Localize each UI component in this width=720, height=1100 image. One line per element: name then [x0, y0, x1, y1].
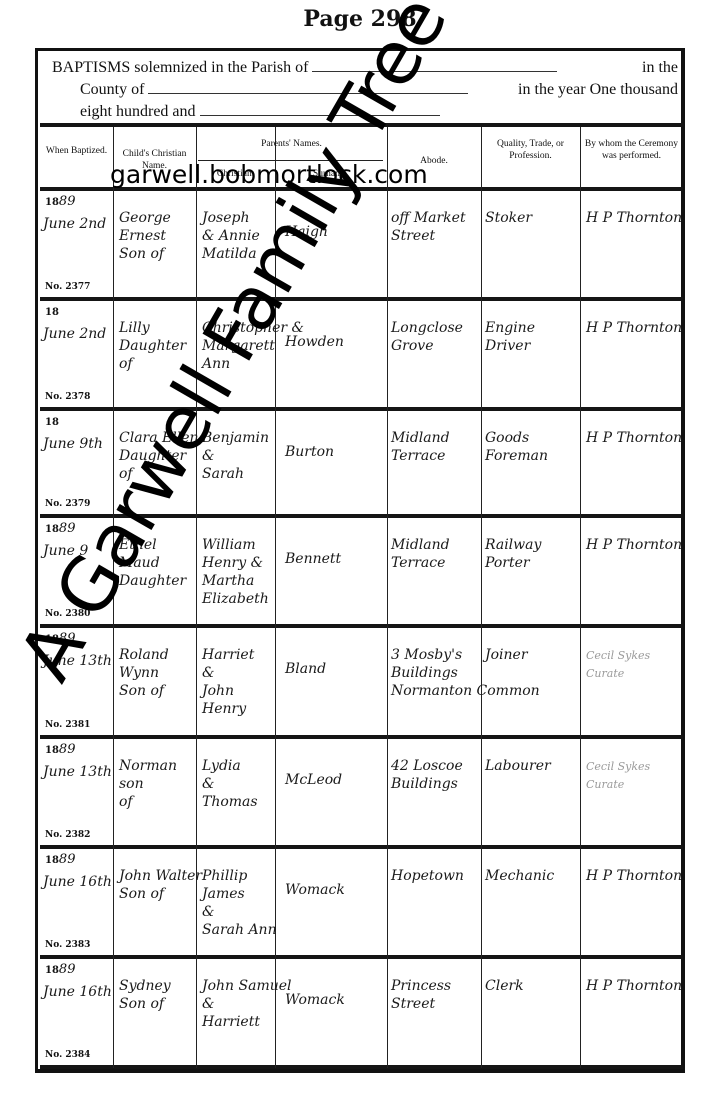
entry-child-name: Son of: [119, 246, 164, 263]
entry-parents-christian: Elizabeth: [202, 591, 269, 608]
entry-quality: Foreman: [485, 448, 548, 465]
entry-child-name: George: [119, 210, 171, 227]
entry-officiant: Cecil Sykes: [586, 647, 650, 664]
entry-parents-christian: John: [202, 683, 234, 700]
entry-abode: Street: [391, 996, 435, 1013]
entry-date: June 16th: [43, 984, 113, 1001]
entry-abode: off Market: [391, 210, 466, 227]
entry-quality: Stoker: [485, 210, 532, 227]
intro-county-label: County of: [80, 81, 144, 98]
entry-abode: Midland: [391, 430, 450, 447]
entry-child-name: Sydney: [119, 978, 171, 995]
entry-child-name: of: [119, 356, 133, 373]
entry-abode: Normanton Common: [391, 683, 540, 700]
entry-number: No. 2382: [45, 830, 90, 840]
intro-parish-label: BAPTISMS solemnized in the Parish of: [52, 59, 308, 76]
entry-quality: Goods: [485, 430, 529, 447]
entry-abode: Grove: [391, 338, 434, 355]
entry-abode: Terrace: [391, 448, 445, 465]
entry-quality: Driver: [485, 338, 530, 355]
entry-parents-christian: William: [202, 537, 256, 554]
entry-child-name: Son of: [119, 886, 164, 903]
entry-abode: 3 Mosby's: [391, 647, 462, 664]
entry-child-name: Wynn: [119, 665, 159, 682]
entry-parents-christian: &: [202, 776, 214, 793]
column-divider: [481, 127, 482, 1068]
entry-abode: Princess: [391, 978, 451, 995]
entry-quality: Joiner: [485, 647, 528, 664]
entry-parents-christian: Lydia: [202, 758, 241, 775]
entry-officiant: H P Thornton: [586, 430, 682, 447]
header-when-baptized: When Baptized.: [40, 145, 113, 157]
entry-child-name: Son of: [119, 996, 164, 1013]
row-divider: [40, 955, 683, 959]
entry-officiant: Cecil Sykes: [586, 758, 650, 775]
entry-abode: Terrace: [391, 555, 445, 572]
entry-surname: Howden: [285, 334, 344, 351]
entry-abode: Longclose: [391, 320, 463, 337]
entry-number: No. 2381: [45, 720, 90, 730]
entry-child-name: of: [119, 794, 133, 811]
row-divider: [40, 624, 683, 628]
entry-parents-christian: &: [202, 904, 214, 921]
entry-year: 1889: [45, 852, 75, 867]
entry-surname: Bennett: [285, 551, 341, 568]
entry-abode: Hopetown: [391, 868, 464, 885]
row-divider: [40, 407, 683, 411]
entry-abode: Buildings: [391, 665, 458, 682]
entry-quality: Railway: [485, 537, 541, 554]
entry-year: 1889: [45, 962, 75, 977]
entry-parents-christian: John Samuel: [202, 978, 292, 995]
row-divider: [40, 297, 683, 301]
entry-quality: Clerk: [485, 978, 524, 995]
entry-child-name: Son of: [119, 683, 164, 700]
entry-officiant: H P Thornton: [586, 320, 682, 337]
entry-parents-christian: Phillip: [202, 868, 247, 885]
entry-child-name: Norman: [119, 758, 177, 775]
entry-parents-christian: &: [202, 996, 214, 1013]
row-divider: [40, 1065, 683, 1069]
entry-quality: Labourer: [485, 758, 551, 775]
column-divider: [196, 127, 197, 1068]
entry-officiant: H P Thornton: [586, 868, 682, 885]
entry-parents-christian: Sarah: [202, 466, 244, 483]
entry-abode: Midland: [391, 537, 450, 554]
entry-officiant: H P Thornton: [586, 210, 682, 227]
column-divider: [580, 127, 581, 1068]
entry-year: 1889: [45, 194, 75, 209]
entry-number: No. 2383: [45, 940, 90, 950]
entry-surname: Womack: [285, 992, 345, 1009]
entry-parents-christian: Joseph: [202, 210, 250, 227]
entry-date: June 13th: [43, 764, 113, 781]
entry-quality: Mechanic: [485, 868, 554, 885]
entry-parents-christian: &: [202, 665, 214, 682]
entry-date: June 16th: [43, 874, 113, 891]
entry-abode: Street: [391, 228, 435, 245]
entry-date: June 2nd: [43, 326, 113, 343]
entry-parents-christian: Martha: [202, 573, 254, 590]
intro-year-label: in the year One thousand: [518, 79, 678, 101]
entry-child-name: son: [119, 776, 144, 793]
entry-date: June 2nd: [43, 216, 113, 233]
entry-number: No. 2379: [45, 499, 90, 509]
row-divider: [40, 735, 683, 739]
page-title: Page 298: [0, 6, 720, 32]
entry-child-name: Roland: [119, 647, 169, 664]
entry-parents-christian: Harriet: [202, 647, 254, 664]
entry-date: June 9th: [43, 436, 113, 453]
entry-child-name: Ernest: [119, 228, 166, 245]
entry-officiant: Curate: [586, 665, 624, 682]
entry-officiant: Curate: [586, 776, 624, 793]
entry-officiant: H P Thornton: [586, 537, 682, 554]
entry-year: 18: [45, 414, 59, 429]
entry-quality: Porter: [485, 555, 530, 572]
intro-in-the: in the: [642, 57, 678, 79]
entry-parents-christian: Sarah Ann: [202, 922, 277, 939]
column-divider: [387, 127, 388, 1068]
entry-parents-christian: Henry &: [202, 555, 263, 572]
entry-parents-christian: Harriett: [202, 1014, 260, 1031]
entry-child-name: John Walter: [119, 868, 202, 885]
row-divider: [40, 845, 683, 849]
entry-quality: Engine: [485, 320, 535, 337]
header-by-whom: By whom the Ceremony was performed.: [580, 138, 683, 162]
entry-parents-christian: James: [202, 886, 245, 903]
entry-abode: Buildings: [391, 776, 458, 793]
entry-officiant: H P Thornton: [586, 978, 682, 995]
entry-number: No. 2384: [45, 1050, 90, 1060]
entry-parents-christian: Henry: [202, 701, 246, 718]
entry-parents-christian: Thomas: [202, 794, 258, 811]
entry-number: No. 2378: [45, 392, 90, 402]
intro-eight-hundred: eight hundred and: [80, 103, 196, 120]
entry-surname: Womack: [285, 882, 345, 899]
entry-year: 18: [45, 304, 59, 319]
entry-surname: Bland: [285, 661, 326, 678]
entry-year: 1889: [45, 742, 75, 757]
entry-number: No. 2377: [45, 282, 90, 292]
entry-surname: Burton: [285, 444, 334, 461]
header-quality-trade: Quality, Trade, or Profession.: [481, 138, 580, 162]
entry-surname: McLeod: [285, 772, 342, 789]
entry-abode: 42 Loscoe: [391, 758, 463, 775]
entry-child-name: Lilly: [119, 320, 150, 337]
